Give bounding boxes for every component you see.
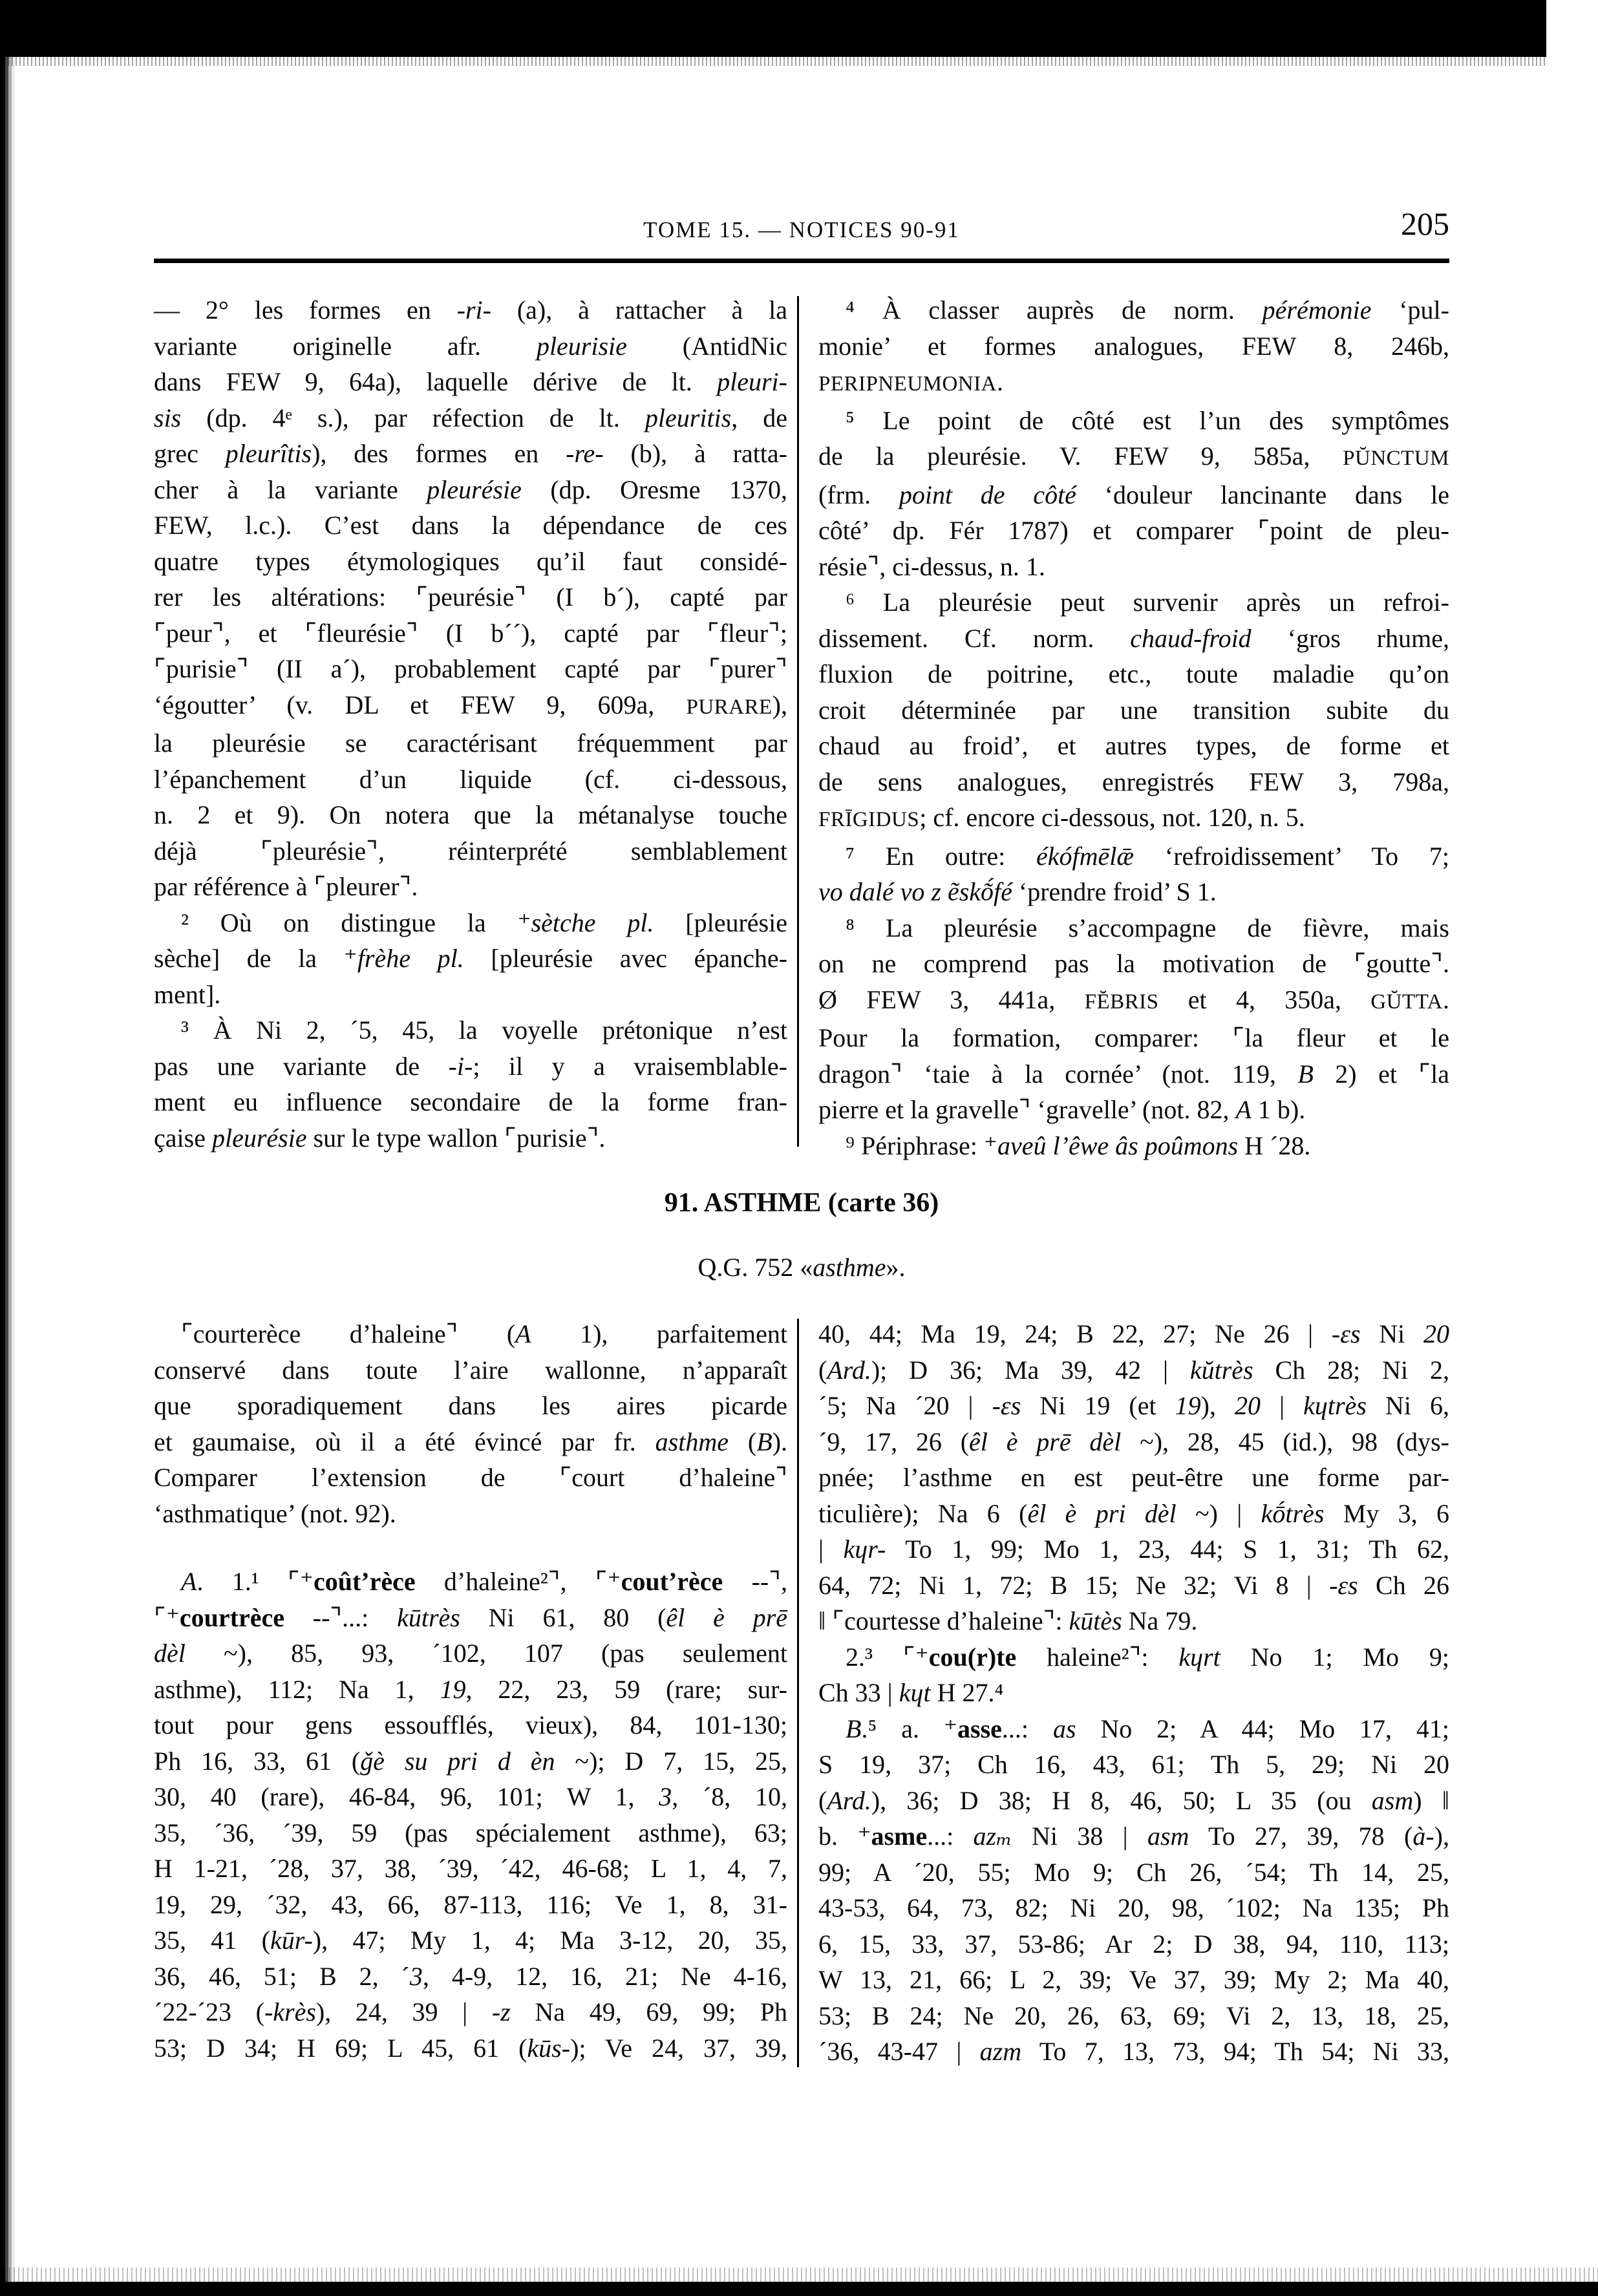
header-rule — [154, 259, 1449, 263]
text-segment: croit déterminée par une transition subi… — [818, 696, 1449, 725]
text-line: ´22-´23 (-krès), 24, 39 | -z Na 49, 69, … — [154, 1994, 787, 2030]
text-segment: — 2° les formes en — [154, 295, 457, 324]
text-line: pierre et la gravelle⌝ ‘gravelle’ (not. … — [818, 1092, 1449, 1128]
text-segment: ( — [729, 1427, 756, 1456]
text-line: 35, ´36, ´39, 59 (pas spécialement asthm… — [154, 1815, 787, 1851]
text-segment: To 1, 99; Mo 1, 23, 44; S 1, 31; Th 62, — [886, 1535, 1449, 1564]
text-segment: asthme — [655, 1427, 729, 1456]
notes-column-right: ⁴ À classer auprès de norm. pérémonie ‘p… — [818, 292, 1449, 1164]
text-segment: Q.G. 752 « — [698, 1253, 813, 1282]
text-segment: B — [846, 1714, 861, 1743]
text-segment: 35, 41 ( — [154, 1926, 270, 1955]
text-segment: monie’ et formes analogues, FEW 8, 246b, — [818, 332, 1449, 361]
text-line: vo dalé vo z ẽskṍfé ‘prendre froid’ S 1. — [818, 874, 1449, 910]
text-line: tout pour gens essoufflés, vieux), 84, 1… — [154, 1707, 787, 1743]
text-line: côté’ dp. Fér 1787) et comparer ⌜point d… — [818, 513, 1449, 549]
text-segment: -re- — [566, 439, 603, 468]
text-segment: ) ‖ — [1413, 1786, 1449, 1815]
text-segment: H ´28. — [1238, 1131, 1310, 1160]
text-segment: de sens analogues, enregistrés FEW 3, 79… — [818, 767, 1449, 796]
text-segment: ´5; Na ´20 | — [818, 1391, 992, 1420]
text-segment: 53; B 24; Ne 20, 26, 63, 69; Vi 2, 13, 1… — [818, 2001, 1449, 2030]
text-segment: ⁷ En outre: — [846, 842, 1036, 871]
text-segment: à- — [1412, 1822, 1434, 1851]
text-segment: 30, 40 (rare), 46-84, 96, 101; W 1, — [154, 1782, 659, 1811]
text-line: 30, 40 (rare), 46-84, 96, 101; W 1, 3, ´… — [154, 1779, 787, 1815]
text-segment: -z — [492, 1997, 511, 2026]
text-segment: pleuri- — [717, 367, 787, 396]
text-segment: 40, 44; Ma 19, 24; B 22, 27; Ne 26 | — [818, 1319, 1332, 1348]
text-segment: ⁴ À classer auprès de norm. — [846, 295, 1262, 324]
text-line: dissement. Cf. norm. chaud-froid ‘gros r… — [818, 621, 1449, 657]
article-column-left: ⌜courterèce d’haleine⌝ (A 1), parfaiteme… — [154, 1316, 787, 2066]
text-segment: pnée; l’asthme en est peut-être une form… — [818, 1463, 1449, 1492]
text-segment: No 2; A 44; Mo 17, 41; — [1076, 1714, 1450, 1743]
text-line: chaud au froid’, et autres types, de for… — [818, 728, 1449, 764]
text-line: B.⁵ a. ⁺asse...: as No 2; A 44; Mo 17, 4… — [818, 1711, 1449, 1747]
text-line: 43-53, 64, 73, 82; Ni 20, 98, ´102; Na 1… — [818, 1890, 1449, 1926]
text-segment: kɥtrès — [1303, 1391, 1367, 1420]
text-segment: ), 47; My 1, 4; Ma 3-12, 20, 35, — [313, 1926, 787, 1955]
text-line: quatre types étymologiques qu’il faut co… — [154, 544, 787, 580]
text-line: asthme), 112; Na 1, 19, 22, 23, 59 (rare… — [154, 1672, 787, 1708]
text-segment: chaud au froid’, et autres types, de for… — [818, 731, 1449, 760]
text-line: sis (dp. 4ᵉ s.), par réfection de lt. pl… — [154, 400, 787, 436]
text-segment: ~), 85, 93, ´102, 107 (pas seulement — [186, 1639, 787, 1668]
text-segment: . 1.¹ ⌜⁺ — [197, 1567, 314, 1596]
text-line: et gaumaise, où il a été évincé par fr. … — [154, 1424, 787, 1460]
text-segment: ⌜courterèce d’haleine⌝ ( — [181, 1319, 515, 1348]
text-segment: , de — [731, 403, 787, 432]
text-segment: grec — [154, 439, 226, 468]
text-line: que sporadiquement dans les aires picard… — [154, 1388, 787, 1424]
text-segment: sur le type wallon ⌜purisie⌝. — [307, 1123, 606, 1153]
text-line: croit déterminée par une transition subi… — [818, 692, 1449, 728]
text-line: par référence à ⌜pleurer⌝. — [154, 869, 787, 905]
text-segment: Pour la formation, comparer: ⌜la fleur e… — [818, 1023, 1449, 1052]
text-segment: 1), parfaitement — [531, 1319, 787, 1348]
running-header-title: TOME 15. — NOTICES 90-91 — [154, 217, 1449, 243]
text-line: ⌜peur⌝, et ⌜fleurésie⌝ (I b´´), capté pa… — [154, 615, 787, 652]
text-line: ⁸ La pleurésie s’accompagne de fièvre, m… — [818, 910, 1449, 946]
text-segment: Ø FEW 3, 441a, — [818, 985, 1085, 1014]
text-segment: asse — [957, 1714, 1002, 1743]
text-line: sèche] de la ⁺frèhe pl. [pleurésie avec … — [154, 941, 787, 977]
text-segment: pleurésie — [212, 1123, 307, 1153]
text-line: ´5; Na ´20 | -ɛs Ni 19 (et 19), 20 | kɥt… — [818, 1388, 1449, 1424]
text-line: 40, 44; Ma 19, 24; B 22, 27; Ne 26 | -ɛs… — [818, 1316, 1449, 1352]
text-line: 36, 46, 51; B 2, ´3, 4-9, 12, 16, 21; Ne… — [154, 1959, 787, 1995]
text-segment: -ɛs — [992, 1391, 1021, 1420]
text-segment: ( — [818, 1355, 827, 1385]
text-line: (Ard.); D 36; Ma 39, 42 | kŭtrès Ch 28; … — [818, 1352, 1449, 1388]
text-segment: dragon⌝ ‘taie à la cornée’ (not. 119, — [818, 1059, 1297, 1089]
scan-edge-bottom-noise — [0, 2268, 1598, 2282]
text-line: l’épanchement d’un liquide (cf. ci-desso… — [154, 761, 787, 798]
text-segment: êl è prē — [666, 1603, 787, 1632]
scan-edge-bottom — [0, 2282, 1598, 2296]
text-line: de la pleurésie. V. FEW 9, 585a, PŬNCTUM — [818, 438, 1449, 477]
text-segment: frèhe pl. — [357, 944, 464, 973]
text-segment: ⁶ La pleurésie peut survenir après un re… — [846, 588, 1449, 617]
text-segment: ~), 28, 45 (id.), 98 (dys- — [1121, 1427, 1449, 1456]
text-segment: ⌜peur⌝, et ⌜fleurésie⌝ (I b´´), capté pa… — [154, 619, 787, 648]
notes-column-left: — 2° les formes en -ri- (a), à rattacher… — [154, 292, 787, 1156]
text-segment: 19 — [440, 1675, 466, 1704]
text-line: 99; A ´20, 55; Mo 9; Ch 26, ´54; Th 14, … — [818, 1855, 1449, 1891]
text-segment: ‘asthmatique’ (not. 92). — [154, 1499, 396, 1528]
text-line: 53; D 34; H 69; L 45, 61 (kūs-); Ve 24, … — [154, 2030, 787, 2067]
text-segment: quatre types étymologiques qu’il faut co… — [154, 547, 787, 576]
text-segment: No 1; Mo 9; — [1220, 1642, 1449, 1672]
scan-edge-top-noise — [0, 57, 1546, 66]
text-line: pnée; l’asthme en est peut-être une form… — [818, 1460, 1449, 1496]
text-segment: ), — [1201, 1391, 1235, 1420]
text-segment: pleuritis — [645, 403, 731, 432]
text-segment: Ch 33 | — [818, 1678, 899, 1707]
article-column-right: 40, 44; Ma 19, 24; B 22, 27; Ne 26 | -ɛs… — [818, 1316, 1449, 2070]
scan-edge-left — [0, 0, 17, 2296]
text-segment: -i- — [449, 1052, 473, 1081]
text-segment: asm — [1147, 1822, 1189, 1851]
text-segment: (a), à rattacher à la — [491, 295, 787, 324]
text-segment: ³ À Ni 2, ´5, 45, la voyelle prétonique … — [181, 1015, 787, 1045]
text-segment: pérémonie — [1262, 295, 1372, 324]
text-line: ‘égoutter’ (v. DL et FEW 9, 609a, PURARE… — [154, 687, 787, 726]
text-segment: Ph 16, 33, 61 ( — [154, 1747, 360, 1776]
text-segment: Ard. — [827, 1355, 871, 1385]
text-segment: asthme — [813, 1253, 886, 1282]
text-segment: ‘prendre froid’ S 1. — [1012, 877, 1217, 906]
text-segment: .⁵ a. ⁺ — [861, 1714, 957, 1743]
text-segment: 20 — [1423, 1319, 1449, 1348]
page-number: 205 — [1261, 206, 1449, 242]
text-segment: ´9, 17, 26 ( — [818, 1427, 969, 1456]
text-line: ‖ ⌜courtesse d’haleine⌝: kūtès Na 79. — [818, 1603, 1449, 1639]
text-segment: ); D 36; Ma 39, 42 | — [871, 1355, 1190, 1385]
text-segment: --⌝...: — [284, 1603, 397, 1632]
text-line: Comparer l’extension de ⌜court d’haleine… — [154, 1460, 787, 1496]
text-segment: dissement. Cf. norm. — [818, 624, 1130, 653]
text-segment: (frm. — [818, 480, 899, 509]
text-segment: S 19, 37; Ch 16, 43, 61; Th 5, 29; Ni 20 — [818, 1750, 1449, 1779]
text-segment: ‘douleur lancinante dans le — [1076, 480, 1449, 509]
text-line: ment eu influence secondaire de la forme… — [154, 1084, 787, 1120]
text-segment: 35, ´36, ´39, 59 (pas spécialement asthm… — [154, 1818, 787, 1847]
text-segment: et 4, 350a, — [1158, 985, 1370, 1014]
text-line: FRĪGIDUS; cf. encore ci-dessous, not. 12… — [818, 800, 1449, 838]
text-line: 2.³ ⌜⁺cou(r)te haleine²⌝: kɥrt No 1; Mo … — [818, 1639, 1449, 1675]
text-line: b. ⁺asme...: azₘ Ni 38 | asm To 27, 39, … — [818, 1818, 1449, 1855]
text-segment: courtrèce — [180, 1603, 284, 1632]
text-segment: | — [1261, 1391, 1303, 1420]
text-segment: -ɛs — [1332, 1319, 1361, 1348]
text-line: conservé dans toute l’aire wallonne, n’a… — [154, 1352, 787, 1388]
text-line: ⁹ Périphrase: ⁺aveû l’êwe âs poûmons H ´… — [818, 1128, 1449, 1164]
text-line: ⌜purisie⌝ (II a´), probablement capté pa… — [154, 651, 787, 687]
text-segment: ; il y a vraisemblable- — [473, 1052, 787, 1081]
text-line: 64, 72; Ni 1, 72; B 15; Ne 32; Vi 8 | -ɛ… — [818, 1568, 1449, 1604]
text-segment: pleurîtis — [226, 439, 312, 468]
text-segment: 43-53, 64, 73, 82; Ni 20, 98, ´102; Na 1… — [818, 1893, 1449, 1922]
column-divider-top — [797, 296, 799, 1147]
text-segment: asme — [871, 1822, 927, 1851]
text-segment: conservé dans toute l’aire wallonne, n’a… — [154, 1355, 787, 1385]
text-segment: asthme), 112; Na 1, — [154, 1675, 440, 1704]
text-line: la pleurésie se caractérisant fréquemmen… — [154, 725, 787, 761]
text-segment: 3 — [410, 1962, 423, 1991]
text-segment: ⁸ La pleurésie s’accompagne de fièvre, m… — [846, 913, 1449, 942]
text-line: FEW, l.c.). C’est dans la dépendance de … — [154, 507, 787, 544]
text-line: dèl ~), 85, 93, ´102, 107 (pas seulement — [154, 1635, 787, 1672]
text-line: 19, 29, ´32, 43, 66, 87-113, 116; Ve 1, … — [154, 1887, 787, 1923]
text-segment: Na 49, 69, 99; Ph — [511, 1997, 787, 2026]
text-segment: [pleurésie — [654, 908, 787, 937]
text-segment: , ´8, 10, — [672, 1782, 787, 1811]
text-segment: ´36, 43-47 | — [818, 2037, 980, 2066]
text-segment: ), — [1434, 1822, 1449, 1851]
text-line: S 19, 37; Ch 16, 43, 61; Th 5, 29; Ni 20 — [818, 1747, 1449, 1783]
text-segment: l’épanchement d’un liquide (cf. ci-desso… — [154, 765, 787, 794]
text-segment: GŬTTA — [1370, 990, 1443, 1014]
text-segment: (AntidNic — [627, 332, 787, 361]
text-segment: ⌜⁺ — [154, 1603, 180, 1632]
text-segment: asm — [1372, 1786, 1413, 1815]
text-segment: point de côté — [899, 480, 1076, 509]
text-segment: pleurisie — [537, 332, 627, 361]
text-line: | kɥr- To 1, 99; Mo 1, 23, 44; S 1, 31; … — [818, 1531, 1449, 1568]
text-line: ´36, 43-47 | azm To 7, 13, 73, 94; Th 54… — [818, 2034, 1449, 2070]
text-line: 53; B 24; Ne 20, 26, 63, 69; Vi 2, 13, 1… — [818, 1998, 1449, 2034]
text-segment: --⌝, — [723, 1567, 787, 1596]
text-line: ⁴ À classer auprès de norm. pérémonie ‘p… — [818, 292, 1449, 328]
text-segment: (dp. Oresme 1370, — [522, 475, 787, 504]
text-segment: par référence à ⌜pleurer⌝. — [154, 872, 418, 901]
text-line: (Ard.), 36; D 38; H 8, 46, 50; L 35 (ou … — [818, 1783, 1449, 1819]
text-line: ⁵ Le point de côté est l’un des symptôme… — [818, 403, 1449, 439]
section-subtitle: Q.G. 752 «asthme». — [154, 1251, 1449, 1284]
text-segment: variante originelle afr. — [154, 332, 537, 361]
text-segment: . — [997, 367, 1003, 396]
text-segment: 53; D 34; H 69; L 45, 61 ( — [154, 2034, 527, 2063]
text-segment: 19, 29, ´32, 43, 66, 87-113, 116; Ve 1, … — [154, 1890, 787, 1919]
text-line: dans FEW 9, 64a), laquelle dérive de lt.… — [154, 364, 787, 400]
text-segment: Ch 28; Ni 2, — [1253, 1355, 1449, 1385]
text-segment: ² Où on distingue la ⁺ — [181, 908, 531, 937]
text-segment: résie⌝, ci-dessus, n. 1. — [818, 552, 1045, 581]
text-segment: Ch 26 — [1358, 1571, 1449, 1600]
text-segment: ), 24, 39 | — [316, 1997, 492, 2026]
text-segment: n. 2 et 9). On notera que la métanalyse … — [154, 800, 787, 829]
text-segment: azₘ — [974, 1822, 1012, 1851]
text-segment: 6, 15, 33, 37, 53-86; Ar 2; D 38, 94, 11… — [818, 1929, 1449, 1959]
text-line: H 1-21, ´28, 37, 38, ´39, ´42, 46-68; L … — [154, 1851, 787, 1887]
text-segment: çaise — [154, 1123, 212, 1153]
text-segment: ). — [772, 1427, 787, 1456]
scan-edge-top — [0, 0, 1546, 57]
text-segment: Ni 6, — [1367, 1391, 1449, 1420]
text-segment: Ni 38 | — [1012, 1822, 1147, 1851]
text-line: Ch 33 | kɥt H 27.⁴ — [818, 1675, 1449, 1711]
text-line: variante originelle afr. pleurisie (Anti… — [154, 328, 787, 365]
text-segment: cher à la variante — [154, 475, 427, 504]
text-segment: kɥrt — [1178, 1642, 1220, 1672]
text-line: Ø FEW 3, 441a, FĔBRIS et 4, 350a, GŬTTA. — [818, 982, 1449, 1021]
text-segment: ⌜purisie⌝ (II a´), probablement capté pa… — [154, 654, 787, 683]
text-segment: kūr- — [270, 1926, 313, 1955]
text-segment: aveû l’êwe âs poûmons — [997, 1131, 1238, 1160]
text-line: n. 2 et 9). On notera que la métanalyse … — [154, 797, 787, 833]
text-segment: kṓtrès — [1261, 1499, 1325, 1528]
text-segment: êl è pri dèl — [1027, 1499, 1176, 1528]
text-segment: êl è prē dèl — [969, 1427, 1121, 1456]
text-segment: W 13, 21, 66; L 2, 39; Ve 37, 39; My 2; … — [818, 1965, 1449, 1994]
text-segment: [pleurésie avec épanche- — [464, 944, 787, 973]
text-segment: ment eu influence secondaire de la forme… — [154, 1087, 787, 1116]
text-segment: H 1-21, ´28, 37, 38, ´39, ´42, 46-68; L … — [154, 1854, 787, 1883]
text-line: Pour la formation, comparer: ⌜la fleur e… — [818, 1020, 1449, 1056]
text-segment: ), des formes en — [312, 439, 566, 468]
text-segment: kūtrès — [397, 1603, 460, 1632]
text-line: ⁶ La pleurésie peut survenir après un re… — [818, 584, 1449, 621]
text-segment: 2) et ⌜la — [1314, 1059, 1449, 1089]
text-segment: 1 b). — [1252, 1095, 1305, 1124]
text-line: ⌜⁺courtrèce --⌝...: kūtrès Ni 61, 80 (êl… — [154, 1600, 787, 1636]
text-segment: ( — [818, 1786, 827, 1815]
text-segment: ~); D 7, 15, 25, — [555, 1747, 787, 1776]
text-segment: 20 — [1235, 1391, 1261, 1420]
text-segment: côté’ dp. Fér 1787) et comparer ⌜point d… — [818, 516, 1449, 545]
text-segment: ‘refroidissement’ To 7; — [1134, 842, 1449, 871]
text-segment: ...: — [1002, 1714, 1053, 1743]
text-segment: Ni — [1361, 1319, 1423, 1348]
text-line: 35, 41 (kūr-), 47; My 1, 4; Ma 3-12, 20,… — [154, 1922, 787, 1959]
text-segment: b. ⁺ — [818, 1822, 871, 1851]
text-segment: rer les altérations: ⌜peurésie⌝ (I b´), … — [154, 582, 787, 611]
text-segment: d’haleine²⌝, ⌜⁺ — [416, 1567, 621, 1596]
text-segment: ⁵ Le point de côté est l’un des symptôme… — [846, 406, 1449, 435]
text-line: de sens analogues, enregistrés FEW 3, 79… — [818, 764, 1449, 800]
text-line: cher à la variante pleurésie (dp. Oresme… — [154, 472, 787, 508]
text-segment: -krès — [264, 1997, 316, 2026]
text-line: ³ À Ni 2, ´5, 45, la voyelle prétonique … — [154, 1012, 787, 1048]
text-segment: 19 — [1175, 1391, 1201, 1420]
text-segment: sèche] de la ⁺ — [154, 944, 357, 973]
text-line: résie⌝, ci-dessus, n. 1. — [818, 549, 1449, 585]
text-segment: ), 36; D 38; H 8, 46, 50; L 35 (ou — [871, 1786, 1372, 1815]
text-line: ticulière); Na 6 (êl è pri dèl ~) | kṓtr… — [818, 1496, 1449, 1532]
text-segment: sis — [154, 403, 181, 432]
text-segment: A — [515, 1319, 531, 1348]
text-segment: (b), à ratta- — [604, 439, 787, 468]
text-segment: B — [756, 1427, 772, 1456]
text-line: ment]. — [154, 977, 787, 1013]
text-segment: ´22-´23 ( — [154, 1997, 264, 2026]
text-segment: PŬNCTUM — [1343, 447, 1449, 470]
text-line: ‘asthmatique’ (not. 92). — [154, 1496, 787, 1532]
text-segment: kɥr- — [844, 1535, 886, 1564]
text-segment: 2.³ ⌜⁺ — [846, 1642, 929, 1672]
text-segment: -ri- — [457, 295, 491, 324]
text-segment: kūtès — [1069, 1606, 1122, 1635]
text-segment: , 22, 23, 59 (rare; sur- — [466, 1675, 788, 1704]
text-segment: ; cf. encore ci-dessous, not. 120, n. 5. — [919, 803, 1305, 832]
text-segment: ticulière); Na 6 ( — [818, 1499, 1027, 1528]
text-segment: (dp. 4ᵉ s.), par réfection de lt. — [181, 403, 645, 432]
text-segment: ); Ve 24, 37, 39, — [570, 2034, 787, 2063]
section-title: 91. ASTHME (carte 36) — [154, 1187, 1449, 1219]
text-line: 6, 15, 33, 37, 53-86; Ar 2; D 38, 94, 11… — [818, 1926, 1449, 1962]
text-segment: dèl — [154, 1639, 186, 1668]
text-segment: ⁹ Périphrase: ⁺ — [846, 1131, 997, 1160]
text-line: (frm. point de côté ‘douleur lancinante … — [818, 477, 1449, 513]
text-line: ⁷ En outre: ékófmēlǣ ‘refroidissement’ T… — [818, 838, 1449, 875]
text-line: monie’ et formes analogues, FEW 8, 246b, — [818, 328, 1449, 365]
text-line: — 2° les formes en -ri- (a), à rattacher… — [154, 292, 787, 328]
text-segment: Ni 61, 80 ( — [460, 1603, 666, 1632]
text-segment: FRĪGIDUS — [818, 808, 919, 831]
text-segment: et gaumaise, où il a été évincé par fr. — [154, 1427, 655, 1456]
text-segment: ), — [772, 690, 787, 719]
text-line: ⌜courterèce d’haleine⌝ (A 1), parfaiteme… — [154, 1316, 787, 1352]
text-segment: pas une variante de — [154, 1052, 449, 1081]
text-segment: azm — [980, 2037, 1021, 2066]
text-line: ´9, 17, 26 (êl è prē dèl ~), 28, 45 (id.… — [818, 1424, 1449, 1460]
text-segment: 64, 72; Ni 1, 72; B 15; Ne 32; Vi 8 | — [818, 1571, 1329, 1600]
text-segment: sètche pl. — [531, 908, 654, 937]
text-segment: haleine²⌝: — [1016, 1642, 1178, 1672]
text-line: dragon⌝ ‘taie à la cornée’ (not. 119, B … — [818, 1056, 1449, 1092]
text-segment: déjà ⌜pleurésie⌝, réinterprété semblable… — [154, 836, 787, 866]
text-segment: -ɛs — [1329, 1571, 1358, 1600]
text-segment: que sporadiquement dans les aires picard… — [154, 1391, 787, 1420]
text-segment: dans FEW 9, 64a), laquelle dérive de lt. — [154, 367, 717, 396]
text-line: déjà ⌜pleurésie⌝, réinterprété semblable… — [154, 833, 787, 869]
text-segment: 99; A ´20, 55; Mo 9; Ch 26, ´54; Th 14, … — [818, 1858, 1449, 1887]
text-segment: cout’rèce — [621, 1567, 723, 1596]
text-segment: fluxion de poitrine, etc., toute maladie… — [818, 659, 1449, 688]
text-segment: ǧè su pri d èn — [360, 1747, 555, 1776]
scanned-document-page: { "colors": {"ink": "#0b0b0b", "paper": … — [0, 0, 1598, 2296]
text-segment: tout pour gens essoufflés, vieux), 84, 1… — [154, 1710, 787, 1739]
text-segment: Na 79. — [1122, 1606, 1198, 1635]
text-segment: PERIPNEUMONIA — [818, 372, 997, 396]
text-segment: FEW, l.c.). C’est dans la dépendance de … — [154, 511, 787, 540]
text-segment: ~) | — [1177, 1499, 1261, 1528]
text-segment: cou(r)te — [929, 1642, 1016, 1672]
text-segment: To 27, 39, 78 ( — [1189, 1822, 1412, 1851]
text-segment: coût’rèce — [314, 1567, 416, 1596]
text-segment: Ni 19 (et — [1021, 1391, 1175, 1420]
text-segment: My 3, 6 — [1324, 1499, 1449, 1528]
text-line: on ne comprend pas la motivation de ⌜gou… — [818, 946, 1449, 982]
text-segment: Ard. — [827, 1786, 871, 1815]
text-segment: Comparer l’extension de ⌜court d’haleine… — [154, 1463, 787, 1492]
text-segment: To 7, 13, 73, 94; Th 54; Ni 33, — [1021, 2037, 1449, 2066]
text-segment: ‘égoutter’ (v. DL et FEW 9, 609a, — [154, 690, 686, 719]
text-line: W 13, 21, 66; L 2, 39; Ve 37, 39; My 2; … — [818, 1962, 1449, 1998]
text-segment: ‖ ⌜courtesse d’haleine⌝: — [818, 1606, 1069, 1635]
text-segment: la pleurésie se caractérisant fréquemmen… — [154, 728, 787, 758]
column-divider-bottom — [797, 1319, 799, 2067]
text-line: fluxion de poitrine, etc., toute maladie… — [818, 656, 1449, 692]
text-segment: kɥt — [899, 1678, 931, 1707]
text-segment: chaud-froid — [1130, 624, 1251, 653]
text-line: pas une variante de -i-; il y a vraisemb… — [154, 1048, 787, 1085]
text-line: Ph 16, 33, 61 (ǧè su pri d èn ~); D 7, 1… — [154, 1743, 787, 1780]
text-segment: 3 — [659, 1782, 672, 1811]
text-segment: ment]. — [154, 980, 220, 1009]
